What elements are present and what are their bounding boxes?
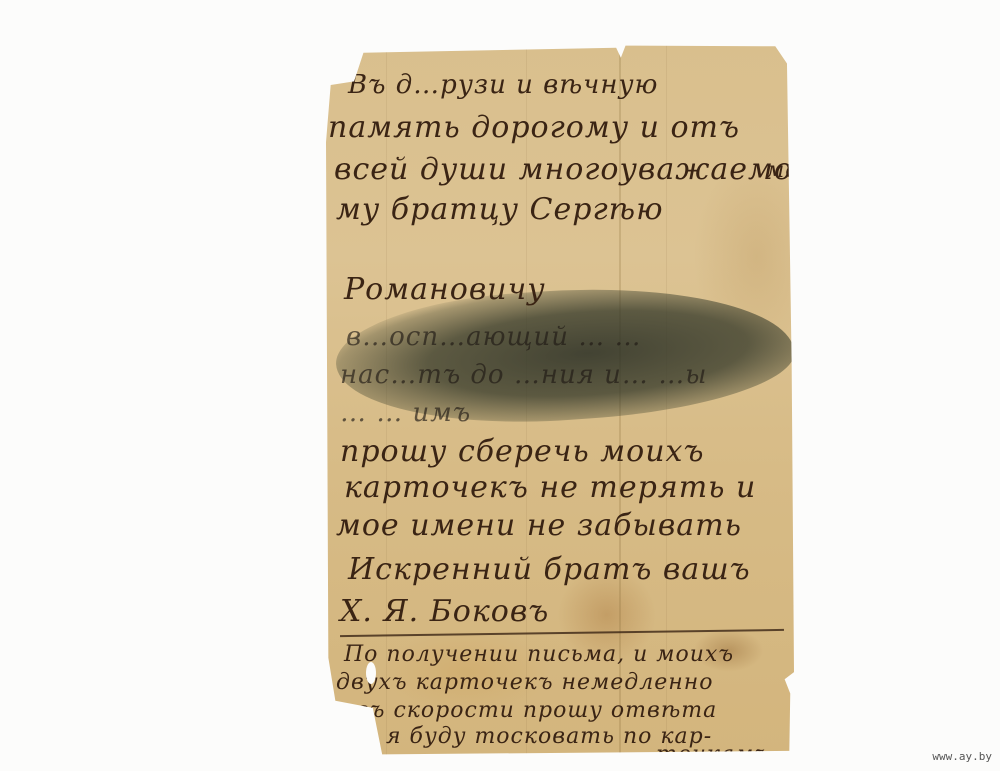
text-line-1: Въ д…рузи и вѣчную — [348, 70, 658, 100]
text-line-6: в…осп…ающий … … — [346, 322, 642, 352]
text-line-3: всей души многоуважаемо- — [334, 152, 804, 187]
text-line-12: Искренний братъ вашъ — [348, 552, 751, 587]
punch-hole — [366, 662, 376, 684]
scan-background: Въ д…рузи и вѣчную память дорогому и отъ… — [0, 0, 1000, 771]
text-line-11: мое имени не забывать — [336, 508, 742, 543]
postscript-line-1: По получении письма, и моихъ — [344, 642, 734, 667]
text-line-8: … … имъ — [340, 398, 471, 428]
text-line-10: карточекъ не терять и — [344, 470, 756, 505]
divider-rule — [340, 629, 784, 637]
text-line-9: прошу сберечь моихъ — [340, 434, 704, 469]
postscript-line-5: точкамъ — [656, 742, 770, 767]
text-line-4: му братцу Сергѣю — [336, 192, 663, 227]
postcard: Въ д…рузи и вѣчную память дорогому и отъ… — [326, 42, 794, 758]
margin-note: мо — [766, 158, 800, 183]
postscript-line-3: въ скорости прошу отвѣта — [356, 698, 717, 723]
watermark: www.ay.by — [932, 750, 992, 763]
text-line-2: память дорогому и отъ — [328, 110, 740, 145]
signature: Х. Я. Боковъ — [340, 594, 549, 629]
text-line-7: нас…тъ до …ния и… …ы — [340, 360, 707, 390]
postscript-line-2: двухъ карточекъ немедленно — [336, 670, 713, 695]
text-line-5: Романовичу — [344, 272, 546, 307]
